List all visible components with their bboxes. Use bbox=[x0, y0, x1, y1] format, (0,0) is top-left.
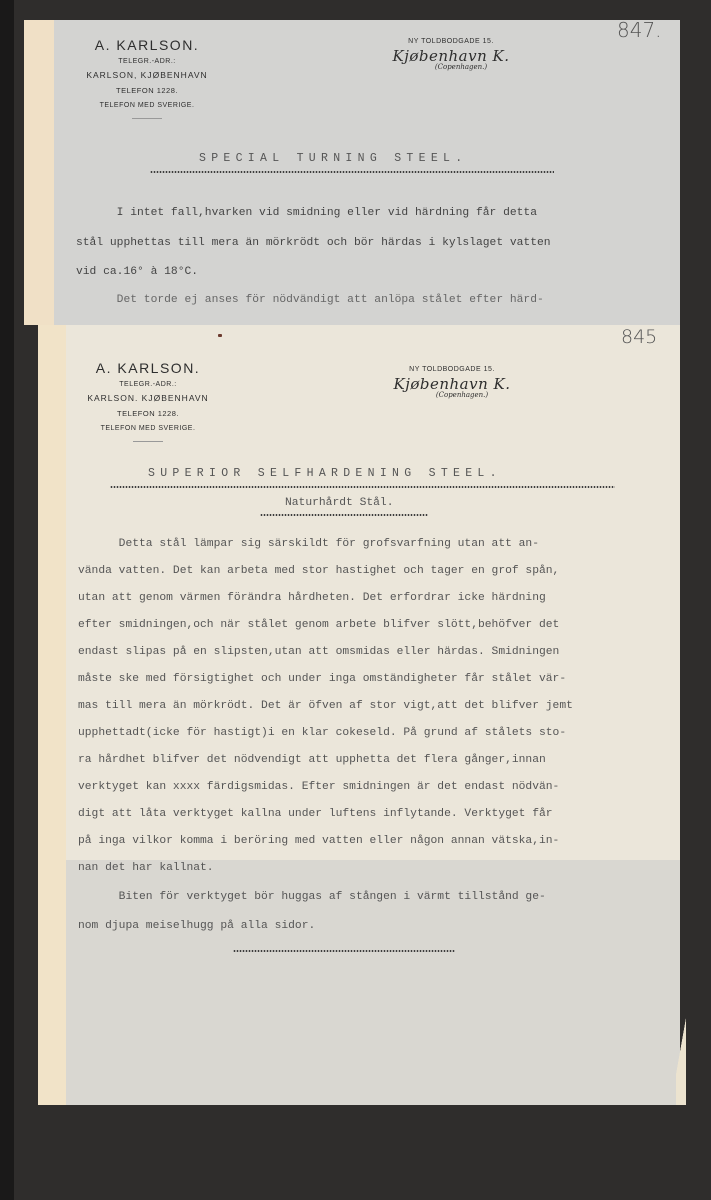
body-line: stål upphettas till mera än mörkrödt och… bbox=[76, 237, 551, 249]
document-title: SPECIAL TURNING STEEL. bbox=[199, 152, 467, 165]
company-name: A. KARLSON. bbox=[47, 37, 247, 53]
body-line: mas till mera än mörkrödt. Det är öfven … bbox=[78, 700, 573, 712]
letterhead-right: NY TOLDBODGADE 15. Kjøbenhavn K. (Copenh… bbox=[372, 366, 532, 399]
telegram-label: TELEGR.-ADR.: bbox=[48, 379, 248, 391]
document-subtitle: Naturhårdt Stål. bbox=[285, 497, 393, 509]
body-line: endast slipas på en slipsten,utan att om… bbox=[78, 646, 559, 658]
paper-curl bbox=[676, 1015, 686, 1105]
telegram-address: KARLSON, KJØBENHAVN bbox=[47, 68, 247, 82]
body-line: I intet fall,hvarken vid smidning eller … bbox=[76, 207, 537, 219]
letterhead-left: A. KARLSON. TELEGR.-ADR.: KARLSON, KJØBE… bbox=[47, 37, 247, 119]
body-line: nom djupa meiselhugg på alla sidor. bbox=[78, 920, 315, 932]
ink-spot bbox=[218, 334, 222, 337]
letterhead-rule bbox=[133, 441, 163, 442]
letterhead-left: A. KARLSON. TELEGR.-ADR.: KARLSON. KJØBE… bbox=[48, 360, 248, 442]
body-line: upphettadt(icke för hastigt)i en klar co… bbox=[78, 727, 566, 739]
body-line: vid ca.16° à 18°C. bbox=[76, 266, 198, 278]
subtitle-underline-dots bbox=[260, 514, 428, 516]
title-underline-dots bbox=[110, 486, 615, 488]
paper-margin-strip bbox=[38, 325, 66, 1105]
page-number-handwritten: 845 bbox=[621, 326, 657, 348]
letterhead-rule bbox=[132, 118, 162, 119]
telephone: TELEFON 1228. bbox=[47, 85, 247, 97]
body-line: verktyget kan xxxx färdigsmidas. Efter s… bbox=[78, 781, 559, 793]
telephone-note: TELEFON MED SVERIGE. bbox=[48, 423, 248, 435]
company-name: A. KARLSON. bbox=[48, 360, 248, 376]
body-line: Det torde ej anses för nödvändigt att an… bbox=[76, 294, 544, 306]
street-address: NY TOLDBODGADE 15. bbox=[371, 38, 531, 45]
body-line: måste ske med försigtighet och under ing… bbox=[78, 673, 566, 685]
telegram-label: TELEGR.-ADR.: bbox=[47, 56, 247, 68]
closing-dots-rule bbox=[233, 950, 455, 952]
scanner-background-edge bbox=[0, 0, 14, 1200]
title-underline-dots bbox=[150, 171, 554, 173]
telegram-address: KARLSON. KJØBENHAVN bbox=[48, 391, 248, 405]
body-line: Detta stål lämpar sig särskildt för grof… bbox=[78, 538, 539, 550]
body-line: utan att genom värmen förändra hårdheten… bbox=[78, 592, 546, 604]
page-number-handwritten: 847. bbox=[617, 18, 662, 42]
telephone-note: TELEFON MED SVERIGE. bbox=[47, 100, 247, 112]
body-line: Biten för verktyget bör huggas af stånge… bbox=[78, 891, 546, 903]
document-title: SUPERIOR SELFHARDENING STEEL. bbox=[148, 467, 502, 480]
street-address: NY TOLDBODGADE 15. bbox=[372, 366, 532, 373]
letterhead-right: NY TOLDBODGADE 15. Kjøbenhavn K. (Copenh… bbox=[371, 38, 531, 71]
body-line: ra hårdhet blifver det nödvendigt att up… bbox=[78, 754, 546, 766]
telephone: TELEFON 1228. bbox=[48, 408, 248, 420]
body-line: på inga vilkor komma i beröring med vatt… bbox=[78, 835, 559, 847]
body-line: efter smidningen,och när stålet genom ar… bbox=[78, 619, 559, 631]
lower-sheet bbox=[38, 325, 680, 1105]
body-line: digt att låta verktyget kallna under luf… bbox=[78, 808, 553, 820]
body-line: vända vatten. Det kan arbeta med stor ha… bbox=[78, 565, 559, 577]
body-line: nan det har kallnat. bbox=[78, 862, 214, 874]
